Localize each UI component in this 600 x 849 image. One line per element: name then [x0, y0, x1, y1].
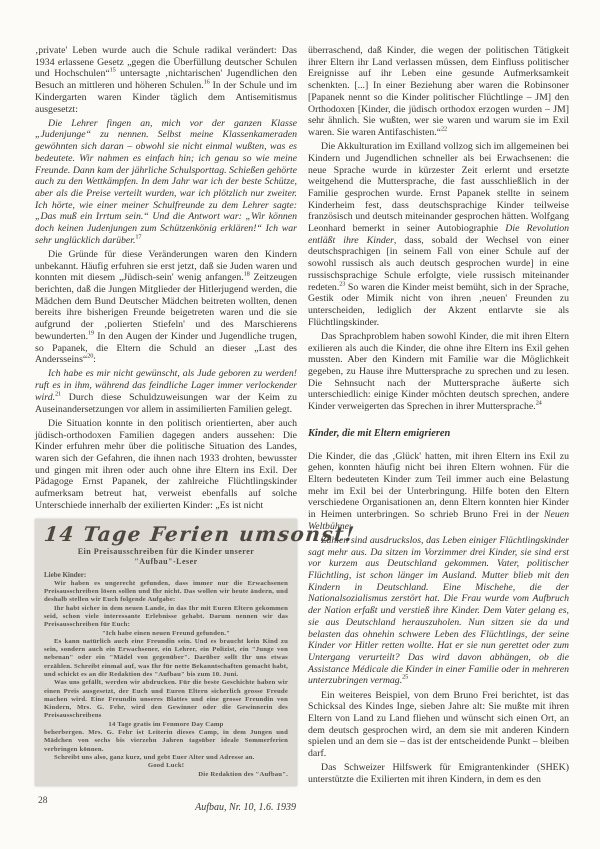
- footnote-marker: 17: [135, 233, 141, 240]
- clipping-line: "Ich habe einen neuen Freund gefunden.": [44, 630, 288, 638]
- text-segment: Das Sprachproblem haben sowohl Kinder, d…: [308, 331, 569, 412]
- clipping-line: beherbergen. Mrs. G. Fehr ist Leiterin d…: [44, 729, 288, 754]
- text-segment: Die Akkulturation im Exilland vollzog si…: [308, 141, 569, 234]
- text-segment: Die Kinder, die das ‚Glück' hatten, mit …: [308, 451, 569, 521]
- clipping-line: "Aufbau"-Leser: [44, 557, 288, 567]
- paragraph: Die Situation konnte in den politisch or…: [35, 418, 297, 512]
- left-column-text: ‚private' Leben wurde auch die Schule ra…: [35, 45, 297, 511]
- quote-paragraph: Die Lehrer fingen an, mich vor der ganze…: [35, 118, 297, 247]
- right-column: überraschend, daß Kinder, die wegen der …: [308, 45, 569, 814]
- clipping-line: 14 Tage gratis im Fenmore Day Camp: [44, 721, 288, 729]
- paragraph: Die Gründe für diese Veränderungen waren…: [35, 249, 297, 366]
- clipping-line: Wir haben es ungerecht gefunden, dass im…: [44, 580, 288, 605]
- clipping-line: Was uns gefällt, werden wir abdrucken. F…: [44, 679, 288, 720]
- text-segment: Durch diese Schuldzuweisungen war der Ke…: [35, 392, 297, 415]
- clipping-line: Good Luck!: [44, 762, 288, 770]
- paragraph: Ein weiteres Beispiel, von dem Bruno Fre…: [308, 690, 569, 760]
- clipping-text: Ein Preisausschreiben für die Kinder uns…: [44, 547, 288, 779]
- clipping-line: Es kann natürlich auch eine Freundin sei…: [44, 638, 288, 679]
- footnote-marker: 24: [536, 400, 542, 407]
- left-column: ‚private' Leben wurde auch die Schule ra…: [35, 45, 297, 814]
- text-segment: Ein weiteres Beispiel, von dem Bruno Fre…: [308, 690, 569, 760]
- newspaper-clipping: 14 Tage Ferien umsonst! Ein Preisausschr…: [35, 519, 297, 785]
- footnote-marker: 25: [402, 674, 408, 681]
- text-segment: :: [93, 354, 96, 365]
- footnote-marker: 22: [441, 126, 447, 133]
- paragraph: Das Sprachproblem haben sowohl Kinder, d…: [308, 331, 569, 413]
- book-page: ‚private' Leben wurde auch die Schule ra…: [0, 0, 600, 849]
- quote-paragraph: Ich habe es mir nicht gewünscht, als Jud…: [35, 368, 297, 415]
- quote-paragraph: Zahlen sind ausdruckslos, das Leben eini…: [308, 535, 569, 687]
- paragraph: Die Akkulturation im Exilland vollzog si…: [308, 141, 569, 328]
- paragraph: ‚private' Leben wurde auch die Schule ra…: [35, 45, 297, 115]
- paragraph: Die Kinder, die das ‚Glück' hatten, mit …: [308, 451, 569, 533]
- text-segment: Zahlen sind ausdruckslos, das Leben eini…: [308, 535, 569, 686]
- paragraph: Das Schweizer Hilfswerk für Emigrantenki…: [308, 762, 569, 785]
- clipping-line: Die Redaktion des "Aufbau".: [44, 771, 288, 779]
- paragraph: überraschend, daß Kinder, die wegen der …: [308, 45, 569, 139]
- clipping-line: Liebe Kinder:: [44, 571, 288, 580]
- two-column-layout: ‚private' Leben wurde auch die Schule ra…: [35, 45, 569, 814]
- page-number: 28: [38, 796, 48, 806]
- text-segment: Die Lehrer fingen an, mich vor der ganze…: [35, 118, 297, 246]
- clipping-headline: 14 Tage Ferien umsonst!: [43, 529, 288, 541]
- clipping-line: Ihr habt sicher in dem neuen Lande, in d…: [44, 605, 288, 630]
- text-segment: Kinder, die mit Eltern emigrieren: [308, 428, 450, 439]
- clipping-source-caption: Aufbau, Nr. 10, 1.6. 1939: [35, 802, 297, 814]
- clipping-line: Schreibt uns also, ganz kurz, und gebt E…: [44, 754, 288, 762]
- clipping-line: Ein Preisausschreiben für die Kinder uns…: [44, 547, 288, 557]
- text-segment: überraschend, daß Kinder, die wegen der …: [308, 45, 569, 138]
- section-heading: Kinder, die mit Eltern emigrieren: [308, 428, 569, 440]
- text-segment: So waren die Kinder meist bemüht, sich i…: [308, 282, 569, 328]
- text-segment: Die Situation konnte in den politisch or…: [35, 418, 297, 511]
- text-segment: Das Schweizer Hilfswerk für Emigrantenki…: [308, 762, 569, 785]
